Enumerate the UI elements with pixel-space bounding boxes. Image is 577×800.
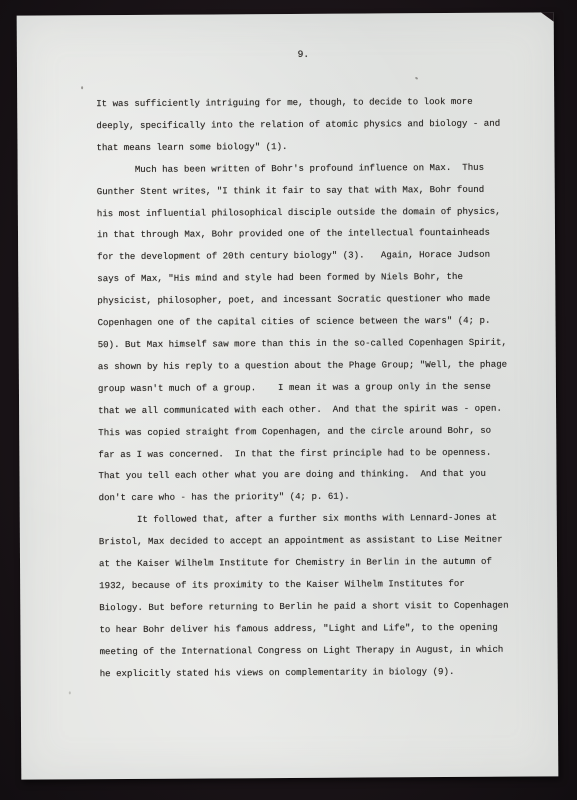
text-line: for the development of 20th century biol… — [97, 244, 537, 269]
text-line: physicist, philosopher, poet, and incess… — [97, 288, 537, 313]
text-line: group wasn't much of a group. I mean it … — [98, 375, 538, 400]
text-line: 1932, because of its proximity to the Ka… — [99, 572, 539, 597]
text-line: don't care who - has the priority" (4; p… — [99, 485, 539, 510]
paper-speck — [415, 77, 419, 80]
text-line: This was copied straight from Copenhagen… — [98, 419, 538, 444]
text-line: That you tell each other what you are do… — [98, 463, 538, 488]
text-line: he explicitly stated his views on comple… — [100, 660, 540, 685]
paper-corner-fold — [540, 12, 555, 22]
text-line: that we all communicated with each other… — [98, 397, 538, 422]
text-line: Gunther Stent writes, "I think it fair t… — [97, 178, 537, 203]
text-line: says of Max, "His mind and style had bee… — [97, 266, 537, 291]
text-line: Bristol, Max decided to accept an appoin… — [99, 529, 539, 554]
text-line: Copenhagen one of the capital cities of … — [97, 310, 537, 335]
document-page: 9. It was sufficiently intriguing for me… — [17, 12, 559, 779]
document-text: It was sufficiently intriguing for me, t… — [96, 90, 540, 684]
text-line: It followed that, after a further six mo… — [99, 507, 539, 532]
text-line: 50). But Max himself saw more than this … — [98, 331, 538, 356]
text-line: Biology. But before returning to Berlin … — [99, 594, 539, 619]
paper-speck — [81, 86, 83, 89]
text-line: Much has been written of Bohr's profound… — [97, 156, 537, 181]
text-line: to hear Bohr deliver his famous address,… — [99, 616, 539, 641]
text-line: that means learn some biology" (1). — [96, 134, 536, 159]
text-line: It was sufficiently intriguing for me, t… — [96, 90, 536, 115]
paper-speck — [69, 691, 71, 694]
text-line: in that through Max, Bohr provided one o… — [97, 222, 537, 247]
text-line: meeting of the International Congress on… — [99, 638, 539, 663]
scanned-page-photo: 9. It was sufficiently intriguing for me… — [0, 0, 577, 800]
text-line: his most influential philosophical disci… — [97, 200, 537, 225]
page-number: 9. — [96, 43, 511, 67]
text-line: deeply, specifically into the relation o… — [96, 112, 536, 137]
text-line: as shown by his reply to a question abou… — [98, 353, 538, 378]
text-line: at the Kaiser Wilhelm Institute for Chem… — [99, 550, 539, 575]
text-line: far as I was concerned. In that the firs… — [98, 441, 538, 466]
